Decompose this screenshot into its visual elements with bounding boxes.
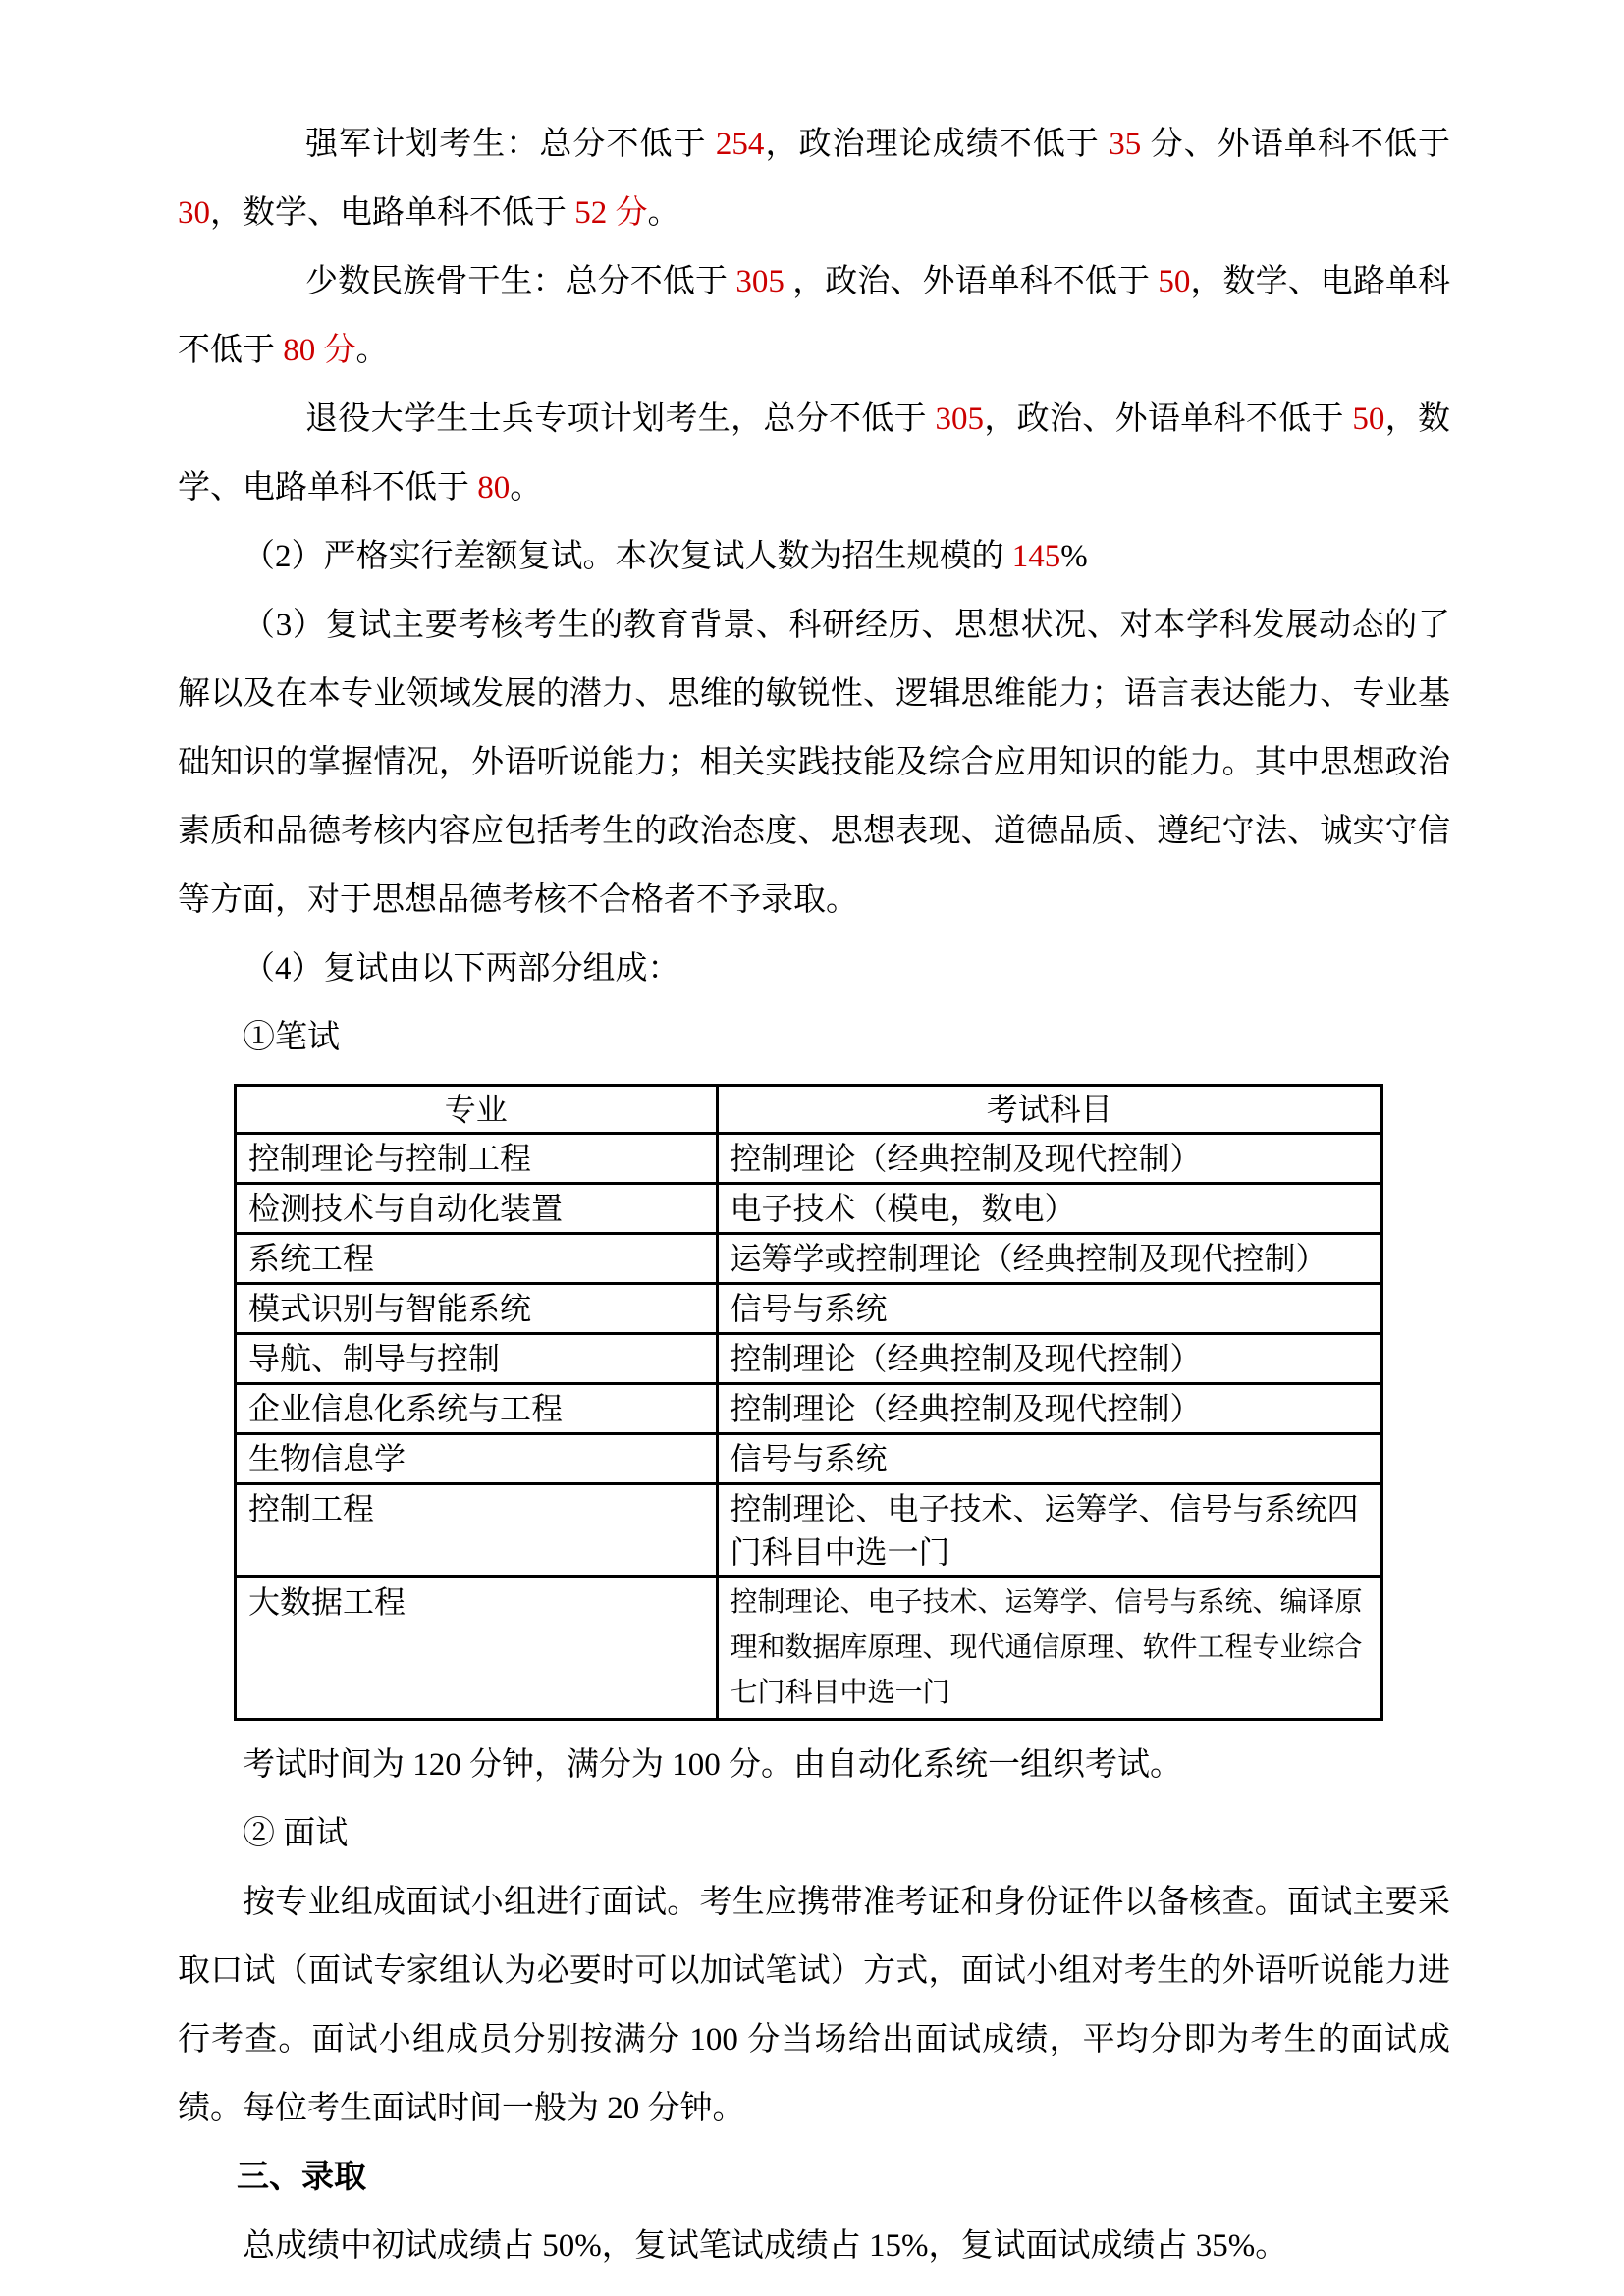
table-row: 大数据工程控制理论、电子技术、运筹学、信号与系统、编译原理和数据库原理、现代通信… [236,1577,1382,1720]
paragraph-item-2: （2）严格实行差额复试。本次复试人数为招生规模的 145% [178,522,1450,591]
paragraph-qiangjun-plan: 强军计划考生：总分不低于 254，政治理论成绩不低于 35 分、外语单科不低于 … [178,110,1450,247]
major-cell: 系统工程 [236,1234,718,1284]
subject-cell: 控制理论、电子技术、运筹学、信号与系统四门科目中选一门 [717,1484,1381,1577]
table-row: 生物信息学信号与系统 [236,1434,1382,1484]
text-run: 。 [510,470,542,506]
table-header-cell: 考试科目 [717,1086,1381,1134]
text-run: 少数民族骨干生：总分不低于 [305,264,735,299]
red-highlight-text: 50 [1352,401,1384,437]
table-row: 模式识别与智能系统信号与系统 [236,1284,1382,1334]
text-run: （2）严格实行差额复试。本次复试人数为招生规模的 [243,539,1012,574]
table-row: 导航、制导与控制控制理论（经典控制及现代控制） [236,1334,1382,1384]
subject-cell: 控制理论（经典控制及现代控制） [717,1134,1381,1184]
text-run: 。 [648,195,680,231]
text-run: ①笔试 [243,1020,340,1055]
heading-admission: 三、录取 [178,2143,1450,2212]
text-run: ② 面试 [243,1816,348,1851]
text-run: 按专业组成面试小组进行面试。考生应携带准考证和身份证件以备核查。面试主要采取口试… [178,1885,1450,2126]
paragraph-interview-detail: 按专业组成面试小组进行面试。考生应携带准考证和身份证件以备核查。面试主要采取口试… [178,1868,1450,2143]
red-highlight-text: 305 [735,264,785,299]
subject-cell: 运筹学或控制理论（经典控制及现代控制） [717,1234,1381,1284]
document-body: 强军计划考生：总分不低于 254，政治理论成绩不低于 35 分、外语单科不低于 … [178,110,1450,2280]
text-run: % [1060,539,1088,574]
paragraph-item-4: （4）复试由以下两部分组成： [178,934,1450,1003]
major-cell: 企业信息化系统与工程 [236,1384,718,1434]
document-page: 强军计划考生：总分不低于 254，政治理论成绩不低于 35 分、外语单科不低于 … [0,0,1624,2296]
major-cell: 控制理论与控制工程 [236,1134,718,1184]
major-cell: 生物信息学 [236,1434,718,1484]
red-highlight-text: 254 [716,127,765,162]
red-highlight-text: 80 [477,470,510,506]
table-row: 企业信息化系统与工程控制理论（经典控制及现代控制） [236,1384,1382,1434]
table-header-cell: 专业 [236,1086,718,1134]
text-run: 总成绩中初试成绩占 50%，复试笔试成绩占 15%，复试面试成绩占 35%。 [243,2228,1287,2264]
red-highlight-text: 35 [1109,127,1141,162]
major-cell: 大数据工程 [236,1577,718,1720]
red-highlight-text: 52 分 [574,195,647,231]
text-run: 退役大学生士兵专项计划考生，总分不低于 [305,401,936,437]
paragraph-retired-soldier-plan: 退役大学生士兵专项计划考生，总分不低于 305，政治、外语单科不低于 50，数学… [178,385,1450,522]
major-cell: 模式识别与智能系统 [236,1284,718,1334]
text-run: 三、录取 [237,2160,366,2195]
subject-cell: 控制理论、电子技术、运筹学、信号与系统、编译原理和数据库原理、现代通信原理、软件… [717,1577,1381,1720]
paragraph-minority-backbone: 少数民族骨干生：总分不低于 305 ，政治、外语单科不低于 50，数学、电路单科… [178,247,1450,385]
paragraph-score-weights: 总成绩中初试成绩占 50%，复试笔试成绩占 15%，复试面试成绩占 35%。 [178,2212,1450,2280]
major-cell: 导航、制导与控制 [236,1334,718,1384]
text-run: 分、外语单科不低于 [1141,127,1450,162]
written-test-table: 专业考试科目控制理论与控制工程控制理论（经典控制及现代控制）检测技术与自动化装置… [234,1084,1383,1721]
text-run: ，政治、外语单科不低于 [984,401,1352,437]
subject-cell: 控制理论（经典控制及现代控制） [717,1384,1381,1434]
major-cell: 检测技术与自动化装置 [236,1184,718,1234]
paragraph-item-3: （3）复试主要考核考生的教育背景、科研经历、思想状况、对本学科发展动态的了解以及… [178,591,1450,934]
paragraph-written-test-label: ①笔试 [178,1003,1450,1072]
text-run: 。 [356,333,389,368]
subject-cell: 控制理论（经典控制及现代控制） [717,1334,1381,1384]
paragraph-interview-label: ② 面试 [178,1799,1450,1868]
red-highlight-text: 305 [936,401,985,437]
subject-cell: 信号与系统 [717,1434,1381,1484]
text-run: 考试时间为 120 分钟，满分为 100 分。由自动化系统一组织考试。 [243,1747,1182,1783]
table-row: 控制理论与控制工程控制理论（经典控制及现代控制） [236,1134,1382,1184]
subject-cell: 信号与系统 [717,1284,1381,1334]
table-row: 系统工程运筹学或控制理论（经典控制及现代控制） [236,1234,1382,1284]
text-run: ，政治、外语单科不低于 [785,264,1159,299]
red-highlight-text: 80 分 [283,333,355,368]
table-row: 检测技术与自动化装置电子技术（模电，数电） [236,1184,1382,1234]
paragraph-exam-duration: 考试时间为 120 分钟，满分为 100 分。由自动化系统一组织考试。 [178,1731,1450,1799]
major-cell: 控制工程 [236,1484,718,1577]
text-run: 强军计划考生：总分不低于 [305,127,716,162]
table-row: 控制工程控制理论、电子技术、运筹学、信号与系统四门科目中选一门 [236,1484,1382,1577]
red-highlight-text: 50 [1158,264,1190,299]
text-run: （4）复试由以下两部分组成： [243,951,680,987]
table-header-row: 专业考试科目 [236,1086,1382,1134]
red-highlight-text: 30 [178,195,210,231]
red-highlight-text: 145 [1012,539,1061,574]
text-run: ，数学、电路单科不低于 [210,195,574,231]
text-run: （3）复试主要考核考生的教育背景、科研经历、思想状况、对本学科发展动态的了解以及… [178,608,1450,918]
subject-cell: 电子技术（模电，数电） [717,1184,1381,1234]
text-run: ，政治理论成绩不低于 [764,127,1109,162]
